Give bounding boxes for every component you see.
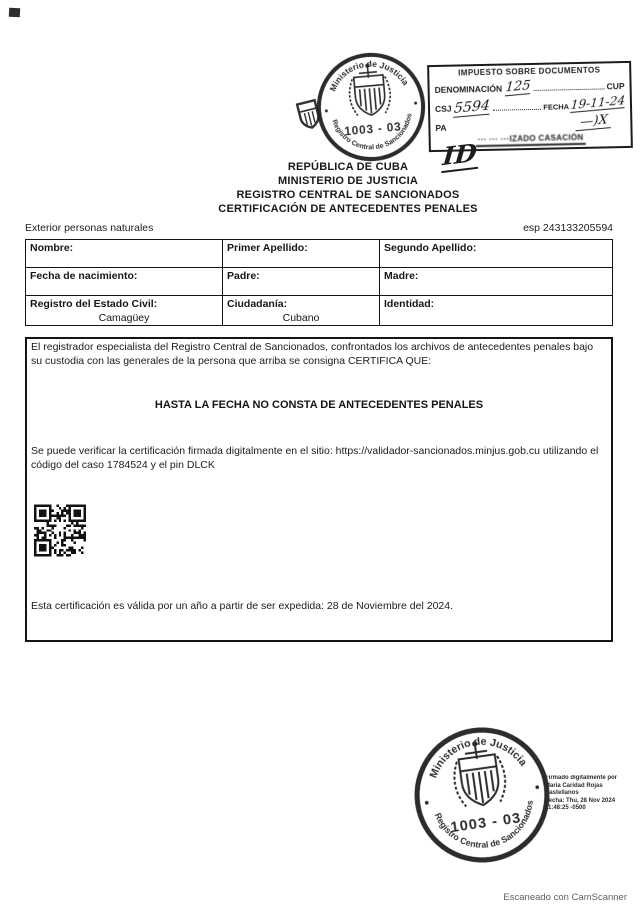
header-ministry: MINISTERIO DE JUSTICIA bbox=[56, 174, 640, 188]
ministry-seal-top: Ministerio de Justicia Registro Central … bbox=[309, 45, 433, 169]
handwritten-mark: —)X bbox=[575, 112, 612, 131]
tax-stamp: IMPUESTO SOBRE DOCUMENTOS DENOMINACIÓN 1… bbox=[427, 61, 633, 152]
qr-code bbox=[34, 503, 86, 558]
tax-stamp-bottom-line: ··· ··· ···IZADO CASACIÓN bbox=[476, 133, 586, 147]
header-republic: REPÚBLICA DE CUBA bbox=[56, 160, 640, 174]
seal-dot-right bbox=[414, 102, 417, 105]
field-label-segundo-apellido: Segundo Apellido: bbox=[384, 242, 608, 254]
signature-line: Castellanos bbox=[545, 790, 640, 798]
field-value-ciudadania: Cubano bbox=[227, 312, 375, 324]
field-label-nombre: Nombre: bbox=[30, 242, 218, 254]
signature-line: Fecha: Thu, 28 Nov 2024 bbox=[545, 798, 640, 806]
field-label-primer-apellido: Primer Apellido: bbox=[227, 242, 375, 254]
code-label: CSJ bbox=[435, 103, 452, 113]
fecha-handwritten-value: 19-11-24 bbox=[570, 93, 626, 113]
table-row: Fecha de nacimiento: Padre: Madre: bbox=[26, 268, 613, 296]
ministry-seal-bottom: Ministerio de Justicia Registro Central … bbox=[402, 715, 562, 875]
dotted-rule bbox=[493, 108, 541, 110]
header-certificate-title: CERTIFICACIÓN DE ANTECEDENTES PENALES bbox=[56, 202, 640, 216]
denominacion-label: DENOMINACIÓN bbox=[435, 84, 503, 95]
currency-label: CUP bbox=[607, 81, 625, 91]
seal-dot-right bbox=[535, 785, 539, 789]
code-handwritten-value: 5594 bbox=[453, 97, 490, 117]
scan-corner-artifact bbox=[9, 8, 20, 18]
dotted-rule bbox=[534, 89, 605, 91]
signature-line: Firmado digitalmente por bbox=[545, 775, 640, 783]
tax-stamp-title: IMPUESTO SOBRE DOCUMENTOS bbox=[434, 65, 624, 78]
seal-number: 1003 - 03 bbox=[344, 120, 402, 139]
meta-row: Exterior personas naturales esp 24313320… bbox=[25, 222, 613, 234]
certifies-paragraph: El registrador especialista del Registro… bbox=[31, 341, 607, 368]
scanned-certificate-page: Ministerio de Justicia Registro Central … bbox=[0, 0, 640, 916]
field-label-madre: Madre: bbox=[384, 270, 608, 282]
signature-line: Maria Caridad Rojas bbox=[545, 783, 640, 791]
pa-label: PA bbox=[435, 123, 446, 133]
table-row: Nombre: Primer Apellido: Segundo Apellid… bbox=[26, 240, 613, 268]
field-label-registro-estado-civil: Registro del Estado Civil: bbox=[30, 298, 218, 310]
field-value-registro: Camagüey bbox=[30, 312, 218, 324]
field-label-padre: Padre: bbox=[227, 270, 375, 282]
field-label-fecha-nacimiento: Fecha de nacimiento: bbox=[30, 270, 218, 282]
seal-dot-left bbox=[425, 801, 429, 805]
camscanner-watermark: Escaneado con CamScanner bbox=[503, 892, 627, 903]
document-header: REPÚBLICA DE CUBA MINISTERIO DE JUSTICIA… bbox=[56, 160, 640, 216]
fecha-label: FECHA bbox=[543, 102, 569, 112]
field-label-ciudadania: Ciudadanía: bbox=[227, 298, 375, 310]
document-type-label: Exterior personas naturales bbox=[25, 222, 153, 234]
no-record-statement: HASTA LA FECHA NO CONSTA DE ANTECEDENTES… bbox=[27, 399, 611, 411]
field-label-identidad: Identidad: bbox=[384, 298, 608, 310]
seal-dot-left bbox=[325, 109, 328, 112]
validity-statement: Esta certificación es válida por un año … bbox=[31, 600, 607, 612]
personal-data-table: Nombre: Primer Apellido: Segundo Apellid… bbox=[25, 239, 613, 326]
header-registry: REGISTRO CENTRAL DE SANCIONADOS bbox=[56, 188, 640, 202]
certificate-body-box: El registrador especialista del Registro… bbox=[25, 337, 613, 642]
digital-signature-block: Firmado digitalmente por Maria Caridad R… bbox=[545, 775, 640, 813]
document-esp-number: esp 243133205594 bbox=[523, 222, 613, 234]
verification-paragraph: Se puede verificar la certificación firm… bbox=[31, 445, 607, 472]
signature-line: 11:48:25 -0500 bbox=[545, 805, 640, 813]
denominacion-handwritten-value: 125 bbox=[504, 78, 530, 96]
table-row: Registro del Estado Civil:Camagüey Ciuda… bbox=[26, 296, 613, 326]
